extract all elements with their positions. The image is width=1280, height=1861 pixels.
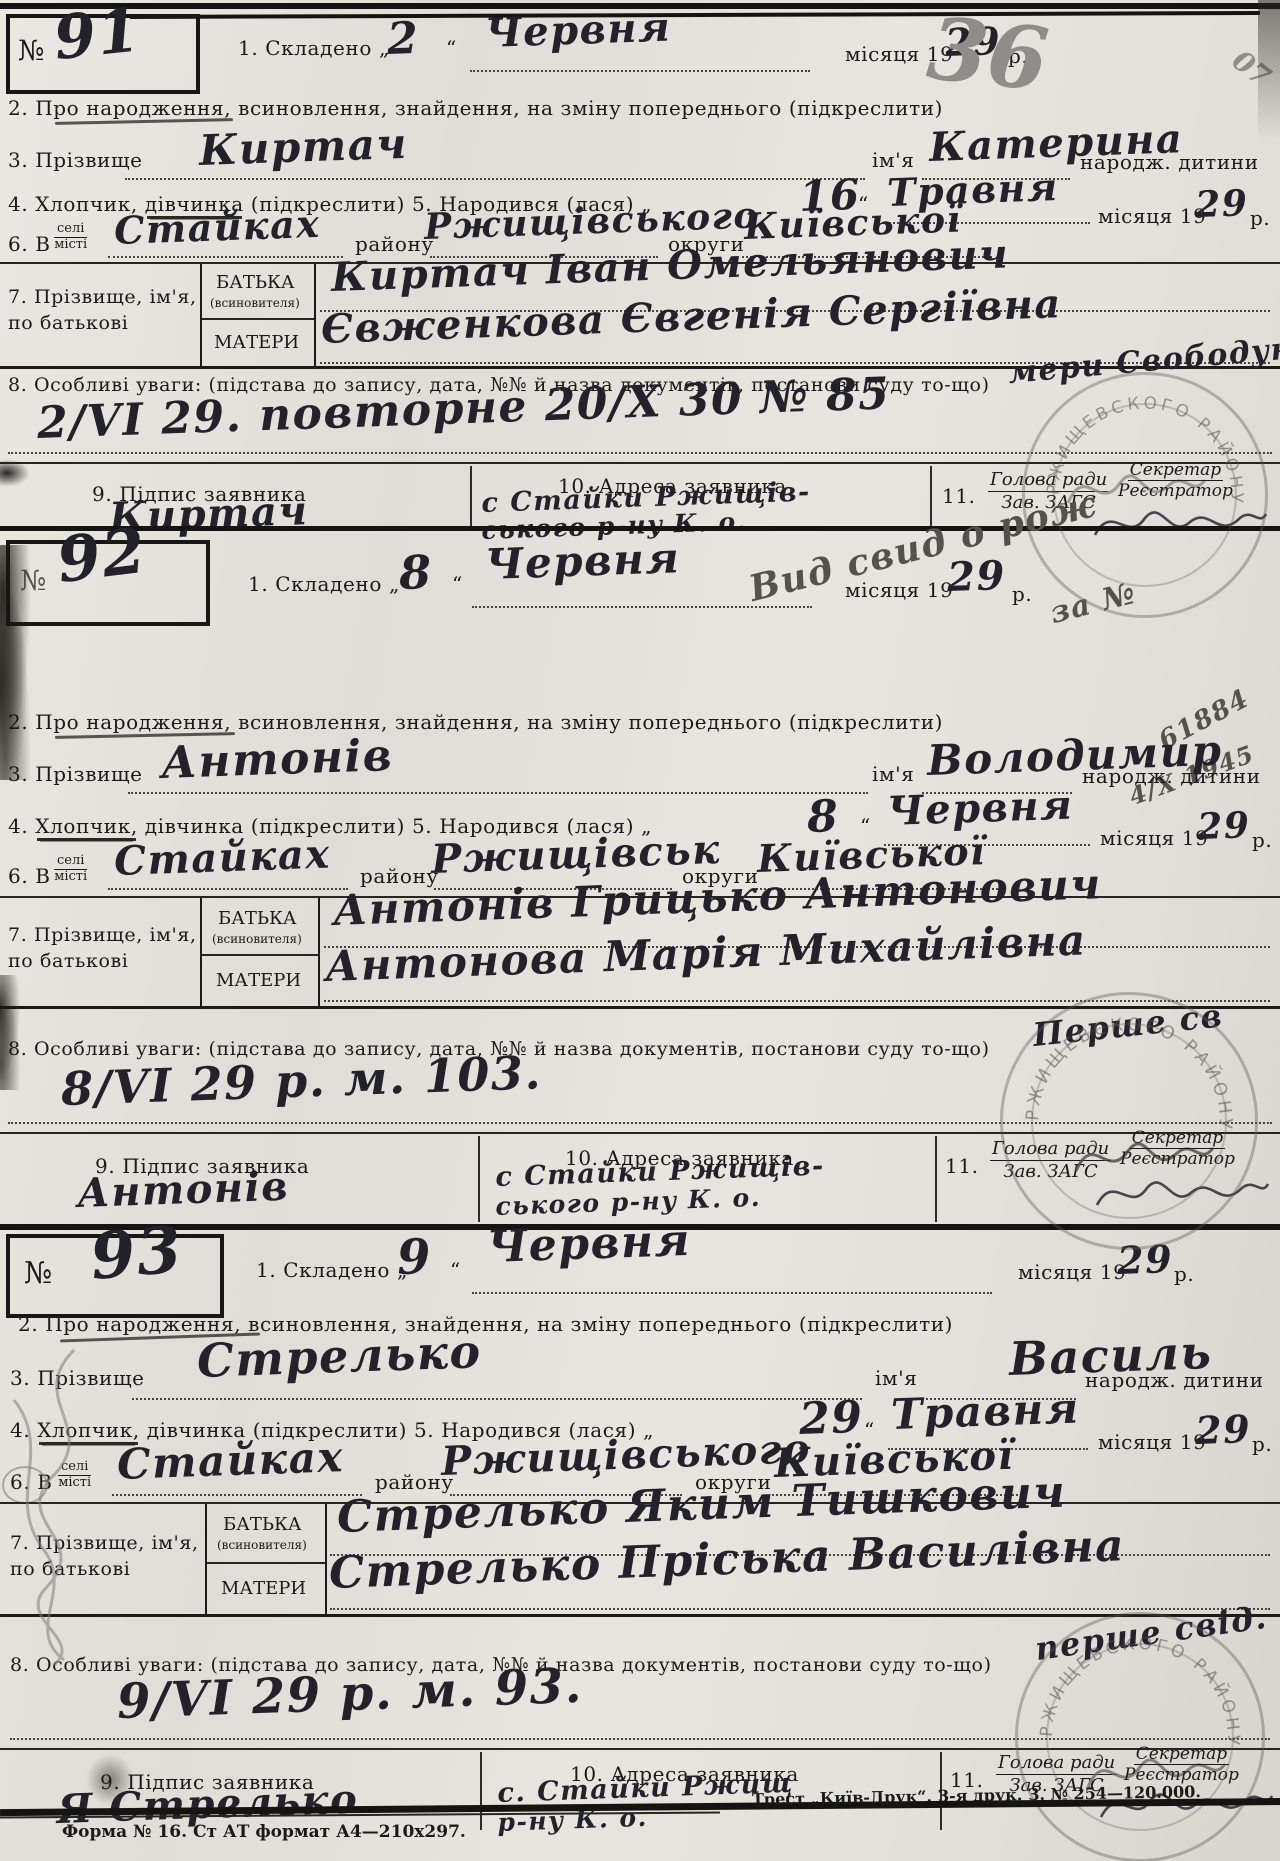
parents-label-2: по батькові xyxy=(8,312,128,334)
record-number-box: № 92 xyxy=(6,540,210,626)
scanned-registry-page: 07 № 91 1. Складено „ 2 “ Червня місяця … xyxy=(0,0,1280,1861)
parents-table: 7. Прізвище, ім'я, по батькові БАТЬКА (в… xyxy=(0,896,1280,1009)
month-field-line xyxy=(472,1292,992,1294)
born-year: 29 xyxy=(1197,804,1252,848)
parents-table: 7. Прізвище, ім'я, по батькові БАТЬКА (в… xyxy=(0,1502,1280,1617)
child-suffix: народж. дитини xyxy=(1085,1368,1264,1392)
born-month: Червня xyxy=(886,782,1074,835)
month-prefix: місяця 19 xyxy=(1018,1260,1126,1284)
svg-text:РЖИЩЕВСКОГО РАЙОНУ: РЖИЩЕВСКОГО РАЙОНУ xyxy=(1042,392,1247,507)
surname-value: Стрелько xyxy=(196,1324,482,1388)
col-divider-1 xyxy=(470,466,472,530)
item11-label: 11. xyxy=(942,484,976,508)
composed-month: Червня xyxy=(486,1215,692,1273)
father-sublabel: (всиновителя) xyxy=(212,932,302,946)
composed-label: 1. Складено „ xyxy=(238,36,390,60)
village-value: Стайках xyxy=(113,830,331,885)
record-number: 91 xyxy=(51,0,144,74)
mid-divider xyxy=(202,318,314,320)
surname-field-line xyxy=(128,792,868,794)
col-divider-2 xyxy=(930,466,932,530)
year-suffix: р. xyxy=(1250,206,1270,230)
year-suffix: р. xyxy=(1174,1262,1194,1286)
composed-month: Червня xyxy=(484,533,681,589)
composed-month: Червня xyxy=(484,4,672,57)
in-label: 6. В xyxy=(8,232,51,256)
round-stamp: РЖИЩЕВСКОГО РАЙОНУ xyxy=(1015,1612,1265,1861)
in-label: 6. В xyxy=(8,864,51,888)
born-year: 29 xyxy=(1194,1406,1251,1453)
surname-value: Антонів xyxy=(160,730,394,789)
year-suffix: р. xyxy=(1252,1432,1272,1456)
name-label: ім'я xyxy=(872,762,914,786)
child-suffix: народж. дитини xyxy=(1080,150,1259,174)
town-word: місті xyxy=(54,238,87,253)
parents-mid-col: БАТЬКА (всиновителя) МАТЕРИ xyxy=(200,898,320,1006)
quote-close: “ xyxy=(452,572,463,596)
pencil-scribble xyxy=(0,1340,144,1670)
round-stamp: РЖИЩЕВСКОГО РАЙОНУ xyxy=(1000,992,1258,1250)
no-sign: № xyxy=(18,34,45,67)
mother-label: МАТЕРИ xyxy=(216,970,301,991)
applicant-signature: Антонів xyxy=(76,1163,289,1217)
month-prefix: місяця 19 xyxy=(1098,204,1206,228)
father-label: БАТЬКА xyxy=(218,908,297,929)
no-sign: № xyxy=(20,564,47,597)
mother-line xyxy=(330,1608,1270,1610)
svg-text:РЖИЩЕВСКОГО РАЙОНУ: РЖИЩЕВСКОГО РАЙОНУ xyxy=(1023,1015,1235,1133)
record-number: 93 xyxy=(87,1212,185,1295)
month-field-line xyxy=(470,70,810,72)
village-value: Стайках xyxy=(113,201,321,253)
father-sublabel: (всиновителя) xyxy=(217,1538,307,1552)
village-line xyxy=(108,256,343,258)
mid-divider xyxy=(207,1562,325,1564)
stamp-text: РЖИЩЕВСКОГО РАЙОНУ xyxy=(1042,392,1247,507)
stamp-text: РЖИЩЕВСКОГО РАЙОНУ xyxy=(1037,1634,1243,1749)
line2-label: 2. Про народження, всиновлення, знайденн… xyxy=(18,1312,953,1336)
composed-label: 1. Складено „ xyxy=(256,1258,408,1282)
parents-label-2: по батькові xyxy=(8,950,128,972)
record-number-box: № 93 xyxy=(6,1234,224,1318)
line2-label: 2. Про народження, всиновлення, знайденн… xyxy=(8,96,943,120)
footer-form-note: Форма № 16. Ст АТ формат А4—210x297. xyxy=(62,1822,466,1842)
surname-value: Киртач xyxy=(198,119,408,175)
born-month: Травня xyxy=(890,1383,1080,1439)
village-word: селі xyxy=(54,222,87,238)
surname-field-line xyxy=(125,178,865,180)
l4-num: 4. xyxy=(8,192,35,216)
col-divider-2 xyxy=(935,1136,937,1222)
village-town-fraction: селі місті xyxy=(54,222,87,253)
mid-divider xyxy=(202,954,318,956)
composed-day: 9 xyxy=(396,1229,433,1286)
no-sign: № xyxy=(24,1256,53,1291)
village-line xyxy=(108,888,348,890)
stamp-text: РЖИЩЕВСКОГО РАЙОНУ xyxy=(1023,1015,1235,1133)
round-stamp: РЖИЩЕВСКОГО РАЙОНУ xyxy=(1022,372,1268,618)
record-number: 92 xyxy=(53,514,151,597)
mother-label: МАТЕРИ xyxy=(221,1578,306,1599)
composed-day: 8 xyxy=(398,545,433,600)
l4-boy-underlined: Хлопчик, xyxy=(35,814,138,838)
surname-field-line xyxy=(132,1398,862,1400)
village-line xyxy=(112,1494,362,1496)
month-prefix: місяця 19 xyxy=(1100,826,1208,850)
village-word: селі xyxy=(54,854,87,870)
col-divider-1 xyxy=(478,1136,480,1222)
quote-close: “ xyxy=(450,1258,461,1282)
line2-label: 2. Про народження, всиновлення, знайденн… xyxy=(8,710,943,734)
l4-num: 4. xyxy=(8,814,35,838)
village-value: Стайках xyxy=(116,1432,344,1489)
svg-text:РЖИЩЕВСКОГО РАЙОНУ: РЖИЩЕВСКОГО РАЙОНУ xyxy=(1037,1634,1243,1749)
village-town-fraction: селі місті xyxy=(54,854,87,885)
composed-day: 2 xyxy=(386,13,420,65)
surname-label: 3. Прізвище xyxy=(8,148,143,172)
quote-close: “ xyxy=(446,36,457,60)
mother-label: МАТЕРИ xyxy=(214,332,299,353)
record-number-box: № 91 xyxy=(6,14,200,94)
father-sublabel: (всиновителя) xyxy=(210,296,300,310)
father-label: БАТЬКА xyxy=(223,1514,302,1535)
year-suffix: р. xyxy=(1252,828,1272,852)
parents-mid-col: БАТЬКА (всиновителя) МАТЕРИ xyxy=(200,264,316,366)
parents-label-1: 7. Прізвище, ім'я, xyxy=(8,286,197,308)
composed-label: 1. Складено „ xyxy=(248,572,400,596)
col-divider-1 xyxy=(480,1752,482,1830)
month-prefix: місяця 19 xyxy=(1098,1430,1206,1454)
surname-label: 3. Прізвище xyxy=(8,762,143,786)
town-word: місті xyxy=(54,870,87,885)
name-label: ім'я xyxy=(875,1366,917,1390)
pencil-note: 36 xyxy=(923,0,1053,111)
parents-label-1: 7. Прізвище, ім'я, xyxy=(8,924,197,946)
father-label: БАТЬКА xyxy=(216,272,295,293)
child-suffix: народж. дитини xyxy=(1082,764,1261,788)
parents-mid-col: БАТЬКА (всиновителя) МАТЕРИ xyxy=(205,1504,327,1614)
born-year: 29 xyxy=(1195,182,1250,226)
item11-label: 11. xyxy=(945,1154,979,1178)
l4-space xyxy=(138,814,145,838)
